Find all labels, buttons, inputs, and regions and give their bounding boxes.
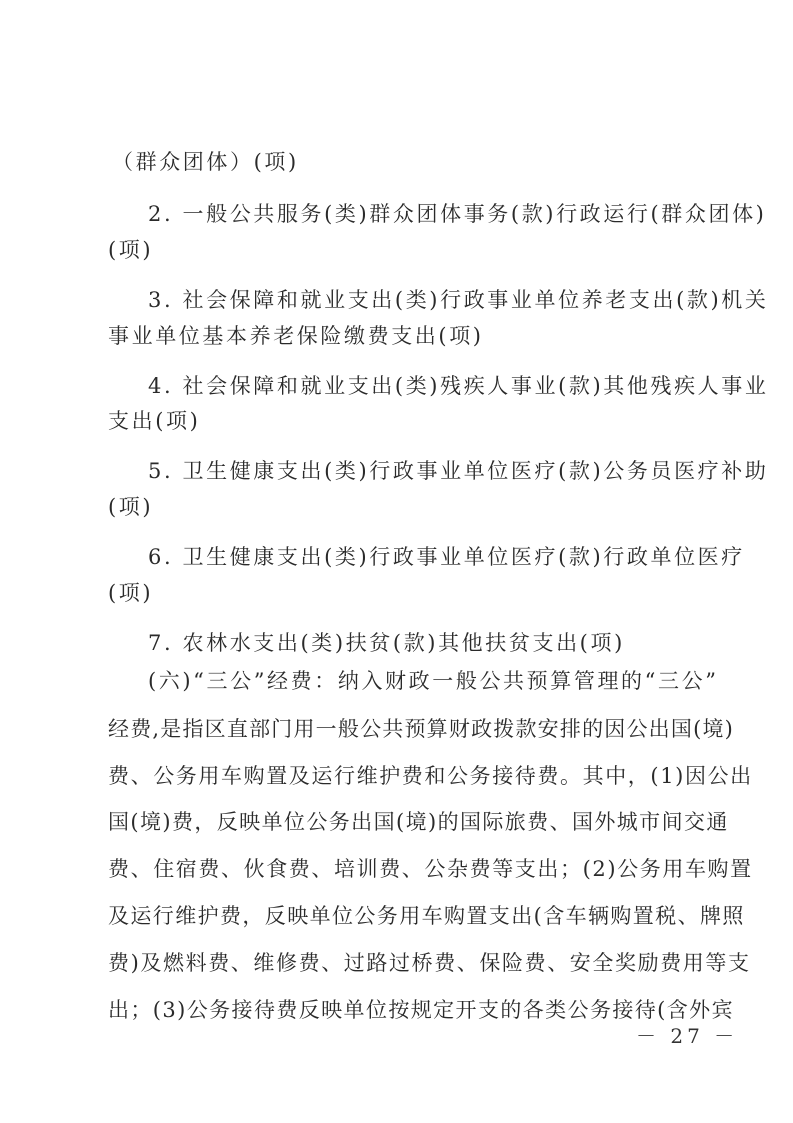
text-line: 经费,是指区直部门用一般公共预算财政拨款安排的因公出国(境): [108, 715, 734, 743]
text-line: 3. 社会保障和就业支出(类)行政事业单位养老支出(款)机关: [148, 286, 768, 314]
text-line: 6. 卫生健康支出(类)行政事业单位医疗(款)行政单位医疗: [148, 543, 745, 571]
text-line: (项): [108, 579, 153, 607]
text-line: 7. 农林水支出(类)扶贫(款)其他扶贫支出(项): [148, 629, 625, 657]
text-line: 事业单位基本养老保险缴费支出(项): [108, 322, 484, 350]
text-line: (六)“三公”经费：纳入财政一般公共预算管理的“三公”: [148, 667, 719, 695]
text-line: 5. 卫生健康支出(类)行政事业单位医疗(款)公务员医疗补助: [148, 457, 768, 485]
text-line: 及运行维护费，反映单位公务用车购置支出(含车辆购置税、牌照: [108, 902, 745, 930]
text-line: （群众团体）(项): [112, 148, 299, 176]
text-line: (项): [108, 493, 153, 521]
text-line: 费、公务用车购置及运行维护费和公务接待费。其中，(1)因公出: [108, 762, 753, 790]
page-number: － 27 －: [636, 1020, 738, 1049]
text-line: (项): [108, 236, 153, 264]
text-line: 费)及燃料费、维修费、过路过桥费、保险费、安全奖励费用等支: [108, 949, 751, 977]
text-line: 国(境)费，反映单位公务出国(境)的国际旅费、国外城市间交通: [108, 808, 729, 836]
text-line: 支出(项): [108, 407, 200, 435]
text-line: 2. 一般公共服务(类)群众团体事务(款)行政运行(群众团体): [148, 200, 766, 228]
text-line: 费、住宿费、伙食费、培训费、公杂费等支出；(2)公务用车购置: [108, 855, 753, 883]
document-page: （群众团体）(项) 2. 一般公共服务(类)群众团体事务(款)行政运行(群众团体…: [0, 0, 793, 1123]
text-line: 4. 社会保障和就业支出(类)残疾人事业(款)其他残疾人事业: [148, 372, 768, 400]
